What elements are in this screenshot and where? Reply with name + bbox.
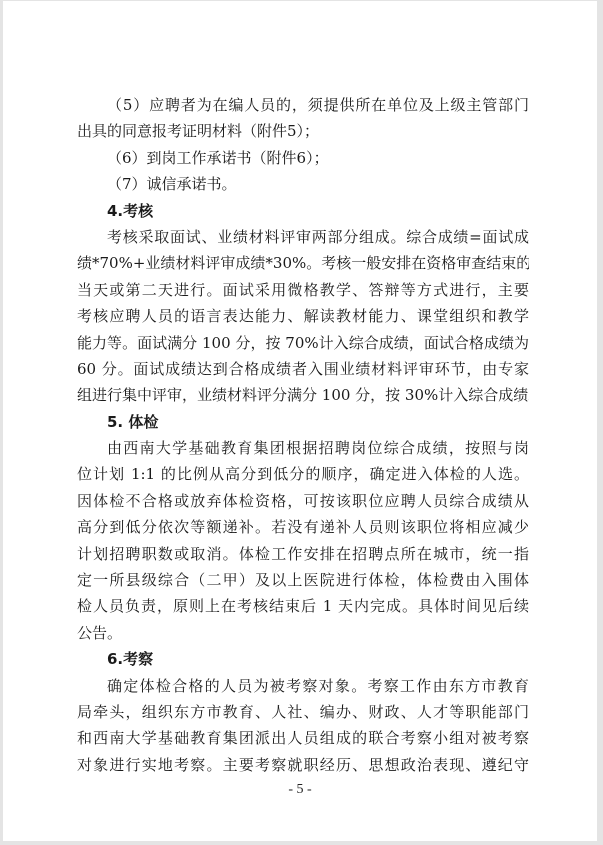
text-line: 当天或第二天进行。面试采用微格教学、答辩等方式进行，主要 xyxy=(77,277,529,303)
text-line: 绩*70%+业绩材料评审成绩*30%。考核一般安排在资格审查结束的 xyxy=(77,250,529,276)
text-line: 考核应聘人员的语言表达能力、解读教材能力、课堂组织和教学 xyxy=(77,303,529,329)
document-body: （5）应聘者为在编人员的，须提供所在单位及上级主管部门出具的同意报考证明材料（附… xyxy=(77,92,529,778)
section-heading: 4.考核 xyxy=(77,198,529,224)
text-line: 能力等。面试满分 100 分，按 70%计入综合成绩，面试合格成绩为 xyxy=(77,330,529,356)
text-line: 检人员负责，原则上在考核结束后 1 天内完成。具体时间见后续 xyxy=(77,593,529,619)
text-line: 确定体检合格的人员为被考察对象。考察工作由东方市教育 xyxy=(77,673,529,699)
text-line: 60 分。面试成绩达到合格成绩者入围业绩材料评审环节，由专家 xyxy=(77,356,529,382)
text-line: 局牵头，组织东方市教育、人社、编办、财政、人才等职能部门 xyxy=(77,699,529,725)
text-line: 和西南大学基础教育集团派出人员组成的联合考察小组对被考察 xyxy=(77,725,529,751)
text-line: 因体检不合格或放弃体检资格，可按该职位应聘人员综合成绩从 xyxy=(77,488,529,514)
text-line: （6）到岗工作承诺书（附件6）； xyxy=(77,145,529,171)
page-number: - 5 - xyxy=(3,782,597,798)
text-line: 定一所县级综合（二甲）及以上医院进行体检，体检费由入围体 xyxy=(77,567,529,593)
section-heading: 6.考察 xyxy=(77,646,529,672)
text-line: （7）诚信承诺书。 xyxy=(77,171,529,197)
text-line: 由西南大学基础教育集团根据招聘岗位综合成绩，按照与岗 xyxy=(77,435,529,461)
document-page: （5）应聘者为在编人员的，须提供所在单位及上级主管部门出具的同意报考证明材料（附… xyxy=(3,1,597,841)
text-line: 对象进行实地考察。主要考察就职经历、思想政治表现、遵纪守 xyxy=(77,752,529,778)
text-line: 考核采取面试、业绩材料评审两部分组成。综合成绩=面试成 xyxy=(77,224,529,250)
text-line: 组进行集中评审，业绩材料评分满分 100 分，按 30%计入综合成绩。 xyxy=(77,382,529,408)
text-line: （5）应聘者为在编人员的，须提供所在单位及上级主管部门 xyxy=(77,92,529,118)
section-heading: 5. 体检 xyxy=(77,409,529,435)
text-line: 高分到低分依次等额递补。若没有递补人员则该职位将相应减少 xyxy=(77,514,529,540)
text-line: 公告。 xyxy=(77,620,529,646)
text-line: 出具的同意报考证明材料（附件5）； xyxy=(77,118,529,144)
text-line: 位计划 1:1 的比例从高分到低分的顺序，确定进入体检的人选。 xyxy=(77,461,529,487)
text-line: 计划招聘职数或取消。体检工作安排在招聘点所在城市，统一指 xyxy=(77,541,529,567)
